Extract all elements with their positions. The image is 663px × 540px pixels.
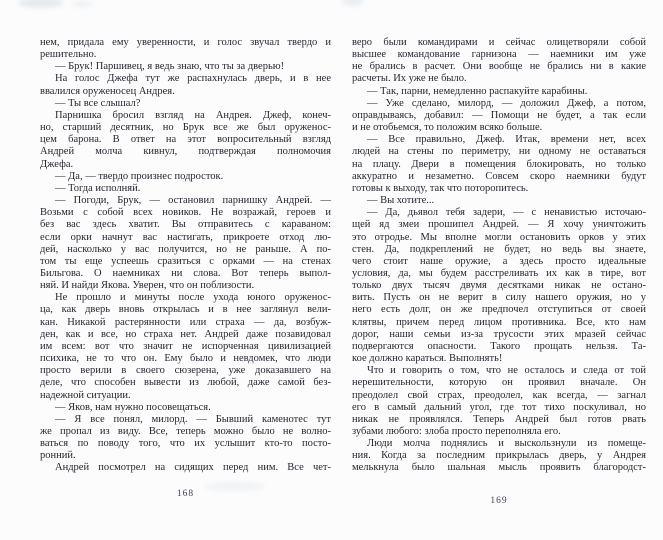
page-right: веро были командирами и сейчас олицетвор… xyxy=(352,37,646,475)
text-line: его в самый дальний угол, где тот тихо п… xyxy=(352,402,646,414)
text-line: Джефа. xyxy=(40,159,331,171)
text-line: просто верили в своего сюзерена, уже док… xyxy=(40,365,331,377)
text-line: щей яд змеи прошипел Андрей. — Я хочу ун… xyxy=(352,219,646,231)
text-line: зубами любого: злоба просто переполняла … xyxy=(352,426,646,438)
text-line: аккуратно и незаметно. Совсем скоро наем… xyxy=(352,171,646,183)
text-line: ввалился оруженосец Андрея. xyxy=(40,86,331,98)
page-left: нем, придала ему уверенности, и голос зв… xyxy=(40,37,331,475)
text-line: — Яков, нам нужно посовещаться. xyxy=(40,402,331,414)
text-line: нем, придала ему уверенности, и голос зв… xyxy=(40,37,331,49)
text-line: ваться по поводу того, что их услышит кт… xyxy=(40,438,331,450)
text-line: Андрей посмотрел на сидящих перед ним. В… xyxy=(40,462,331,474)
text-line: вить. Пусть он не верит в силу нашего ор… xyxy=(352,292,646,304)
text-line: на плацу. Двери в помещения блокировать,… xyxy=(352,159,646,171)
text-line: чего стоит наше оружие, а здесь просто и… xyxy=(352,256,646,268)
text-line: же пропал из виду. Все, теперь можно был… xyxy=(40,426,331,438)
text-line: не брались в расчет. Они вообще не брали… xyxy=(352,61,646,73)
text-line: дей, насколько у вас получится, но не ра… xyxy=(40,244,331,256)
text-line: но, старший десятник, но Брук все же был… xyxy=(40,122,331,134)
text-line: — Тогда исполняй. xyxy=(40,183,331,195)
page-number-left: 168 xyxy=(40,489,331,499)
text-line: кан. Никакой растерянности или страха — … xyxy=(40,317,331,329)
text-line: расчеты. Их уже не было. xyxy=(352,73,646,85)
book-scan: нем, придала ему уверенности, и голос зв… xyxy=(0,0,663,540)
text-line: Парнишка бросил взгляд на Андрея. Джеф, … xyxy=(40,110,331,122)
text-line: Люди молча поднялись и выскользнули из п… xyxy=(352,438,646,450)
text-line: психика, не то что он. Ему было и невдом… xyxy=(40,353,331,365)
text-line: клятвы, причем перед лицом противника. В… xyxy=(352,317,646,329)
text-line: няй. И найди Якова. Уверен, что он побли… xyxy=(40,280,331,292)
scan-smudge xyxy=(342,0,364,6)
text-line: готовы к выходу, так что поторопитесь. xyxy=(352,183,646,195)
text-line: условия, да, мы будем расстреливать их к… xyxy=(352,268,646,280)
text-line: нерешительности, которую он проявил внач… xyxy=(352,377,646,389)
text-line: Не прошло и минуты после ухода юного ору… xyxy=(40,292,331,304)
text-line: только двух тысяч двумя десятками никак … xyxy=(352,280,646,292)
text-line: надежной ситуации. xyxy=(40,390,331,402)
text-line: и не отобьемся, то положим всяко больше. xyxy=(352,122,646,134)
text-line: ца, как дверь вновь открылась и в нее за… xyxy=(40,304,331,316)
text-line: кое должно караться. Выполнять! xyxy=(352,353,646,365)
text-line: — Да, дьявол тебя задери, — с ненавистью… xyxy=(352,207,646,219)
text-line: — Так, парни, немедленно распакуйте кара… xyxy=(352,86,646,98)
text-line: никак не проявлялся. Теперь Андрей был г… xyxy=(352,414,646,426)
text-line: — Я все понял, милорд. — Бывший каменоте… xyxy=(40,414,331,426)
text-line: том ты еще успеешь сразиться с орками — … xyxy=(40,256,331,268)
text-line: — Вы хотите... xyxy=(352,195,646,207)
text-line: высшее командование гарнизона — наемники… xyxy=(352,49,646,61)
text-line: дорог, наши семьи из-за трусости этих мр… xyxy=(352,329,646,341)
text-line: цем барона. В ответ на этот вопросительн… xyxy=(40,134,331,146)
text-line: ния. Когда за последним прикрылась дверь… xyxy=(352,450,646,462)
text-line: — Уже сделано, милорд, — доложил Джеф, а… xyxy=(352,98,646,110)
text-line: без вас здесь хватит. Вы отправитесь с к… xyxy=(40,219,331,231)
scan-smudge xyxy=(18,0,64,8)
text-line: Что и говорить о том, что не осталось и … xyxy=(352,365,646,377)
text-line: если орки начнут вас настигать, прикроет… xyxy=(40,232,331,244)
text-line: Бильгова. О наемниках ни слова. Вот тепе… xyxy=(40,268,331,280)
text-line: решительно. xyxy=(40,49,331,61)
text-line: Возьми с собой всех новиков. Не возражай… xyxy=(40,207,331,219)
text-line: это отродье. Мы вполне могли остановить … xyxy=(352,232,646,244)
text-line: ден, как и все, но страха нет. Андрей да… xyxy=(40,329,331,341)
text-line: — Погоди, Брук, — остановил парнишку Анд… xyxy=(40,195,331,207)
text-line: — Да, — твердо произнес подросток. xyxy=(40,171,331,183)
text-line: На голос Джефа тут же распахнулась дверь… xyxy=(40,73,331,85)
text-line: деле, что способен вывести из любой, даж… xyxy=(40,377,331,389)
text-line: — Брук! Паршивец, я ведь знаю, что ты за… xyxy=(40,61,331,73)
scan-smudge xyxy=(72,1,92,7)
text-line: — Ты все слышал? xyxy=(40,98,331,110)
page-number-right: 169 xyxy=(352,496,646,506)
text-line: преодолел свой страх, преодолел, как все… xyxy=(352,390,646,402)
text-line: мелькнула было шальная мысль проявить бл… xyxy=(352,462,646,474)
page-right-text: веро были командирами и сейчас олицетвор… xyxy=(352,37,646,475)
text-line: — Все правильно, Джеф. Итак, времени нет… xyxy=(352,134,646,146)
text-line: стен. Да, подкреплений не будет, но ведь… xyxy=(352,244,646,256)
text-line: Андрей молча кивнул, подтверждая полномо… xyxy=(40,146,331,158)
page-left-text: нем, придала ему уверенности, и голос зв… xyxy=(40,37,331,475)
text-line: людей на стены по периметру, ни одному н… xyxy=(352,146,646,158)
text-line: им всем: вот что значит не испорченная ц… xyxy=(40,341,331,353)
text-line: ронний. xyxy=(40,450,331,462)
text-line: подвергаются опасности. Такого прощать н… xyxy=(352,341,646,353)
text-line: веро были командирами и сейчас олицетвор… xyxy=(352,37,646,49)
text-line: него есть долг, он же предпочел отступит… xyxy=(352,304,646,316)
text-line: оправдываясь, добавил: — Помощи не будет… xyxy=(352,110,646,122)
